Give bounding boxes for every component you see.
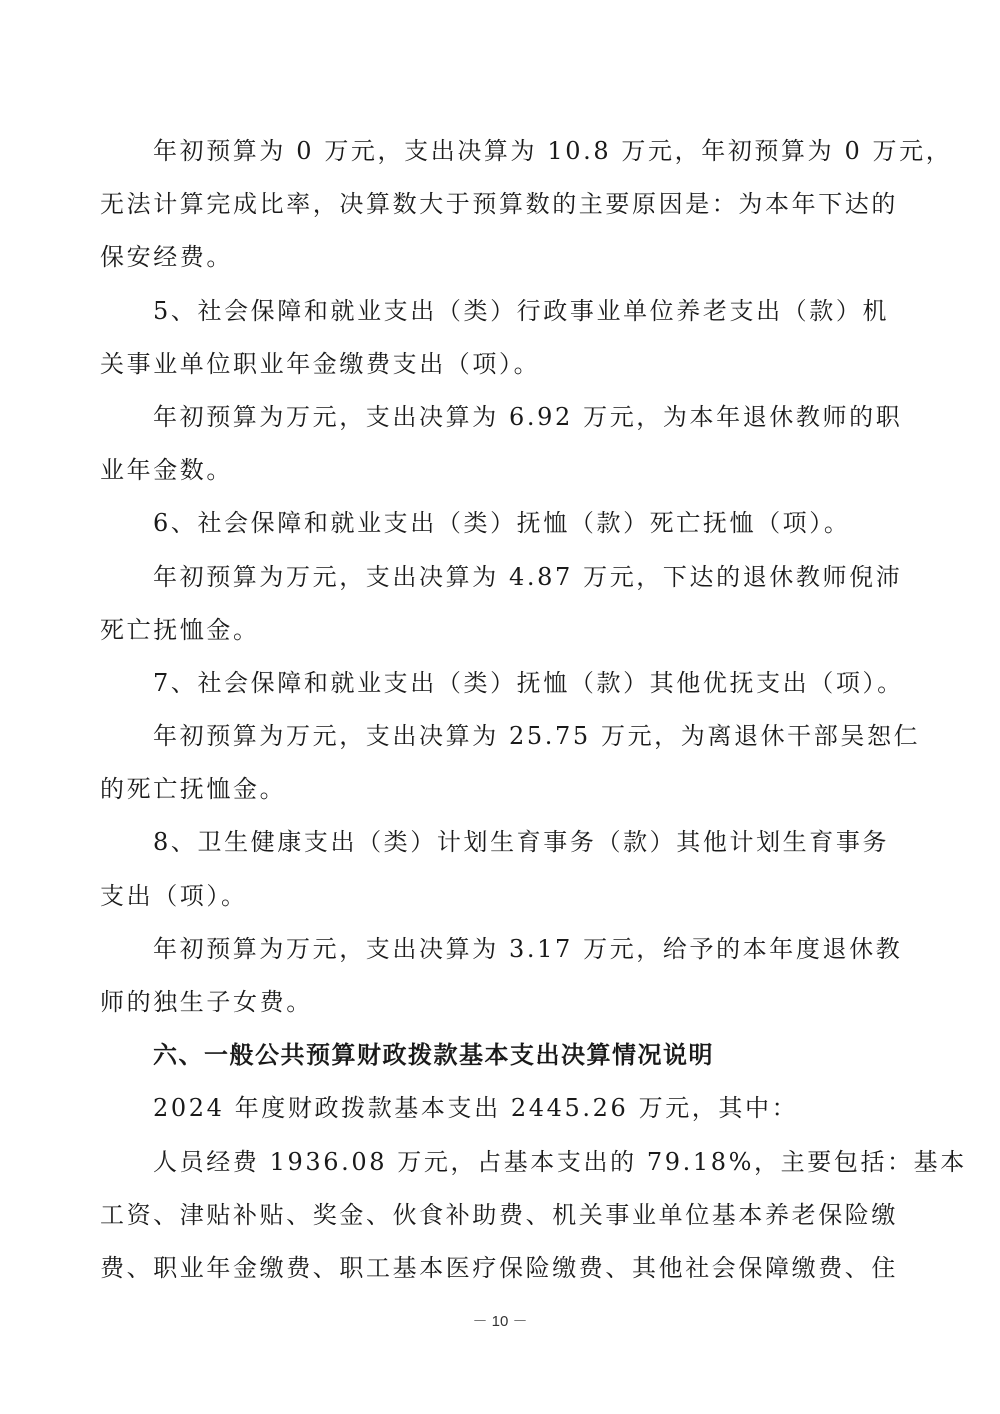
text-line: 7、社会保障和就业支出（类）抚恤（款）其他优抚支出（项）。 bbox=[100, 657, 900, 710]
section-6-heading: 六、一般公共预算财政拨款基本支出决算情况说明 bbox=[100, 1029, 900, 1082]
text-line: 年初预算为万元，支出决算为 25.75 万元，为离退休干部吴恕仁 bbox=[100, 710, 900, 763]
text-line: 业年金数。 bbox=[100, 444, 900, 497]
item-7-title: 7、社会保障和就业支出（类）抚恤（款）其他优抚支出（项）。 bbox=[100, 657, 900, 710]
item-5-title: 5、社会保障和就业支出（类）行政事业单位养老支出（款）机 关事业单位职业年金缴费… bbox=[100, 285, 900, 391]
text-line: 的死亡抚恤金。 bbox=[100, 763, 900, 816]
text-line: 6、社会保障和就业支出（类）抚恤（款）死亡抚恤（项）。 bbox=[100, 497, 900, 550]
text-line: 工资、津贴补贴、奖金、伙食补助费、机关事业单位基本养老保险缴 bbox=[100, 1189, 900, 1242]
text-line: 保安经费。 bbox=[100, 231, 900, 284]
document-page: 年初预算为 0 万元，支出决算为 10.8 万元，年初预算为 0 万元， 无法计… bbox=[100, 125, 900, 1295]
text-line: 支出（项）。 bbox=[100, 870, 900, 923]
section-6-personnel-expenses: 人员经费 1936.08 万元，占基本支出的 79.18%，主要包括：基本 工资… bbox=[100, 1136, 900, 1296]
text-line: 年初预算为万元，支出决算为 4.87 万元，下达的退休教师倪沛 bbox=[100, 551, 900, 604]
text-line: 费、职业年金缴费、职工基本医疗保险缴费、其他社会保障缴费、住 bbox=[100, 1242, 900, 1295]
text-line: 死亡抚恤金。 bbox=[100, 604, 900, 657]
text-line: 年初预算为 0 万元，支出决算为 10.8 万元，年初预算为 0 万元， bbox=[100, 125, 900, 178]
item-8-title: 8、卫生健康支出（类）计划生育事务（款）其他计划生育事务 支出（项）。 bbox=[100, 816, 900, 922]
text-line: 8、卫生健康支出（类）计划生育事务（款）其他计划生育事务 bbox=[100, 816, 900, 869]
item-6-body: 年初预算为万元，支出决算为 4.87 万元，下达的退休教师倪沛 死亡抚恤金。 bbox=[100, 551, 900, 657]
section-heading: 六、一般公共预算财政拨款基本支出决算情况说明 bbox=[100, 1029, 900, 1082]
text-line: 关事业单位职业年金缴费支出（项）。 bbox=[100, 338, 900, 391]
text-line: 年初预算为万元，支出决算为 6.92 万元，为本年退休教师的职 bbox=[100, 391, 900, 444]
text-line: 2024 年度财政拨款基本支出 2445.26 万元，其中： bbox=[100, 1082, 900, 1135]
item-6-title: 6、社会保障和就业支出（类）抚恤（款）死亡抚恤（项）。 bbox=[100, 497, 900, 550]
text-line: 5、社会保障和就业支出（类）行政事业单位养老支出（款）机 bbox=[100, 285, 900, 338]
item-8-body: 年初预算为万元，支出决算为 3.17 万元，给予的本年度退休教 师的独生子女费。 bbox=[100, 923, 900, 1029]
paragraph-budget-note: 年初预算为 0 万元，支出决算为 10.8 万元，年初预算为 0 万元， 无法计… bbox=[100, 125, 900, 285]
item-7-body: 年初预算为万元，支出决算为 25.75 万元，为离退休干部吴恕仁 的死亡抚恤金。 bbox=[100, 710, 900, 816]
section-6-summary: 2024 年度财政拨款基本支出 2445.26 万元，其中： bbox=[100, 1082, 900, 1135]
item-5-body: 年初预算为万元，支出决算为 6.92 万元，为本年退休教师的职 业年金数。 bbox=[100, 391, 900, 497]
page-number: － 10 － bbox=[0, 1310, 1000, 1331]
text-line: 年初预算为万元，支出决算为 3.17 万元，给予的本年度退休教 bbox=[100, 923, 900, 976]
text-line: 无法计算完成比率，决算数大于预算数的主要原因是：为本年下达的 bbox=[100, 178, 900, 231]
text-line: 人员经费 1936.08 万元，占基本支出的 79.18%，主要包括：基本 bbox=[100, 1136, 900, 1189]
text-line: 师的独生子女费。 bbox=[100, 976, 900, 1029]
